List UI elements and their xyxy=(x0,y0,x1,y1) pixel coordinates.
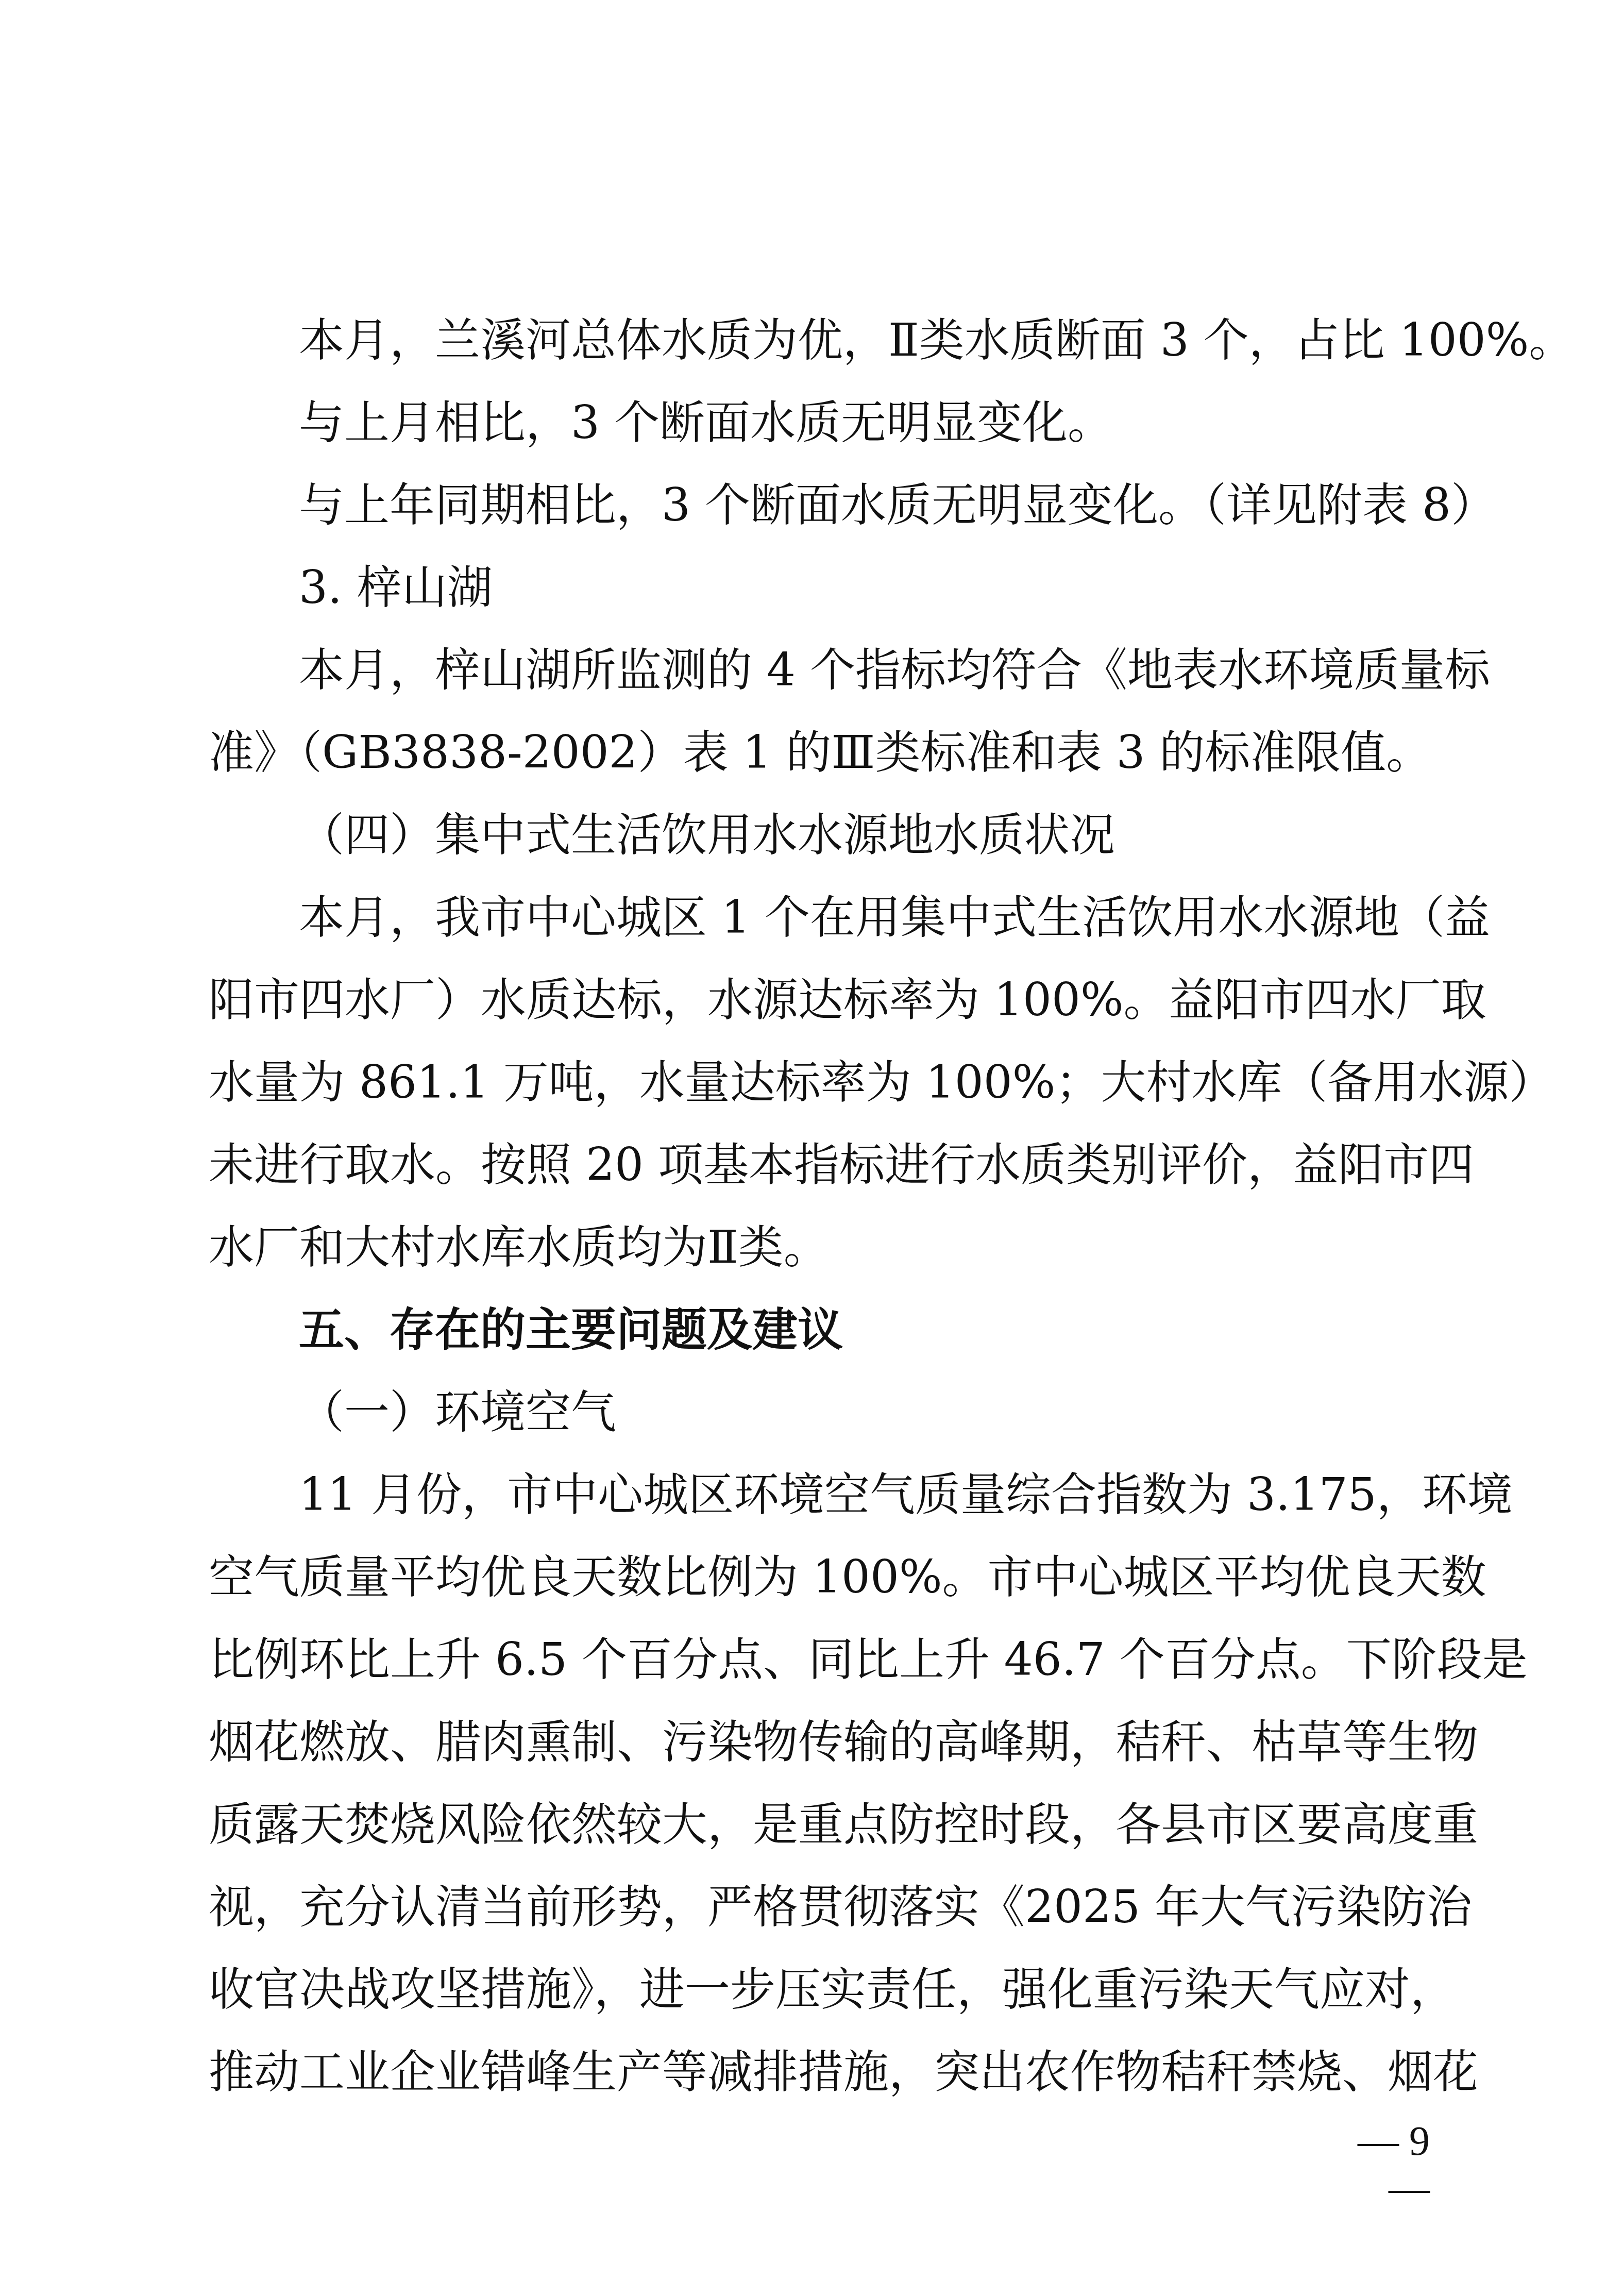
paragraph-line: 与上月相比，3 个断面水质无明显变化。 xyxy=(299,397,1430,448)
paragraph-line: 本月，梓山湖所监测的 4 个指标均符合《地表水环境质量标 xyxy=(299,644,1430,696)
paragraph-line: 质露天焚烧风险依然较大，是重点防控时段，各县市区要高度重 xyxy=(209,1799,1430,1850)
paragraph-line: 准》（GB3838-2002）表 1 的Ⅲ类标准和表 3 的标准限值。 xyxy=(209,727,1430,778)
paragraph-line: 推动工业企业错峰生产等减排措施，突出农作物秸秆禁烧、烟花 xyxy=(209,2046,1430,2098)
paragraph-line: 视，充分认清当前形势，严格贯彻落实《2025 年大气污染防治 xyxy=(209,1881,1430,1933)
paragraph-line: 11 月份，市中心城区环境空气质量综合指数为 3.175，环境 xyxy=(299,1469,1430,1520)
paragraph-line: 与上年同期相比，3 个断面水质无明显变化。（详见附表 8） xyxy=(299,479,1430,531)
document-page: 本月，兰溪河总体水质为优，Ⅱ类水质断面 3 个，占比 100%。 与上月相比，3… xyxy=(0,0,1623,2296)
section-heading: （一）环境空气 xyxy=(299,1386,1430,1438)
paragraph-line: 烟花燃放、腊肉熏制、污染物传输的高峰期，秸秆、枯草等生物 xyxy=(209,1716,1430,1768)
chapter-heading: 五、存在的主要问题及建议 xyxy=(299,1304,1430,1355)
paragraph-line: 收官决战攻坚措施》，进一步压实责任，强化重污染天气应对， xyxy=(209,1964,1430,2015)
paragraph-line: 比例环比上升 6.5 个百分点、同比上升 46.7 个百分点。下阶段是 xyxy=(209,1634,1430,1685)
paragraph-line: 本月，兰溪河总体水质为优，Ⅱ类水质断面 3 个，占比 100%。 xyxy=(299,314,1430,366)
paragraph-line: 水量为 861.1 万吨，水量达标率为 100%；大村水库（备用水源） xyxy=(209,1057,1430,1108)
paragraph-line: 空气质量平均优良天数比例为 100%。市中心城区平均优良天数 xyxy=(209,1551,1430,1603)
paragraph-line: 未进行取水。按照 20 项基本指标进行水质类别评价，益阳市四 xyxy=(209,1139,1430,1191)
section-heading: 3. 梓山湖 xyxy=(299,562,1430,613)
page-number: — 9 — xyxy=(1340,2118,1430,2212)
paragraph-line: 阳市四水厂）水质达标，水源达标率为 100%。益阳市四水厂取 xyxy=(209,974,1430,1026)
paragraph-line: 本月，我市中心城区 1 个在用集中式生活饮用水水源地（益 xyxy=(299,892,1430,943)
section-heading: （四）集中式生活饮用水水源地水质状况 xyxy=(299,809,1430,861)
paragraph-line: 水厂和大村水库水质均为Ⅱ类。 xyxy=(209,1221,1430,1273)
